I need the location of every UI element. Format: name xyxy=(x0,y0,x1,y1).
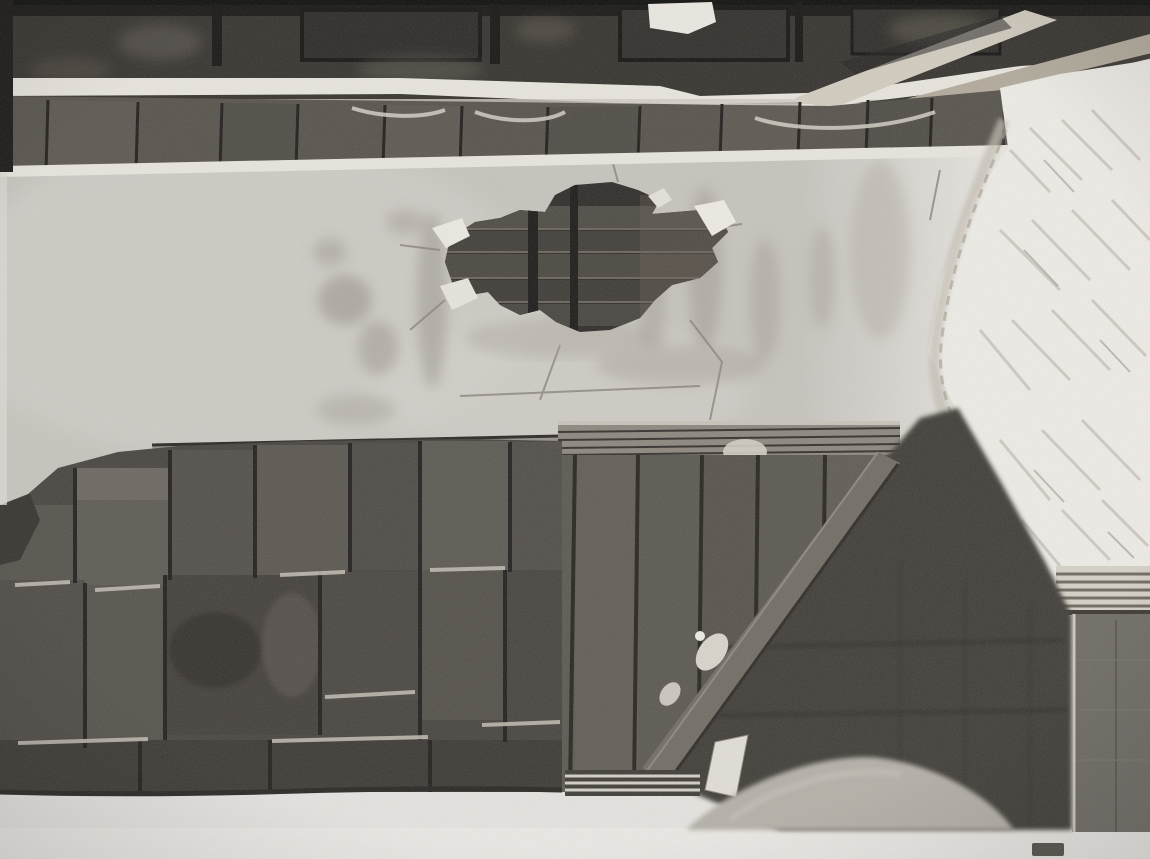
photograph xyxy=(0,0,1150,859)
photo-canvas xyxy=(0,0,1150,859)
vignette-overlay xyxy=(0,0,1150,859)
